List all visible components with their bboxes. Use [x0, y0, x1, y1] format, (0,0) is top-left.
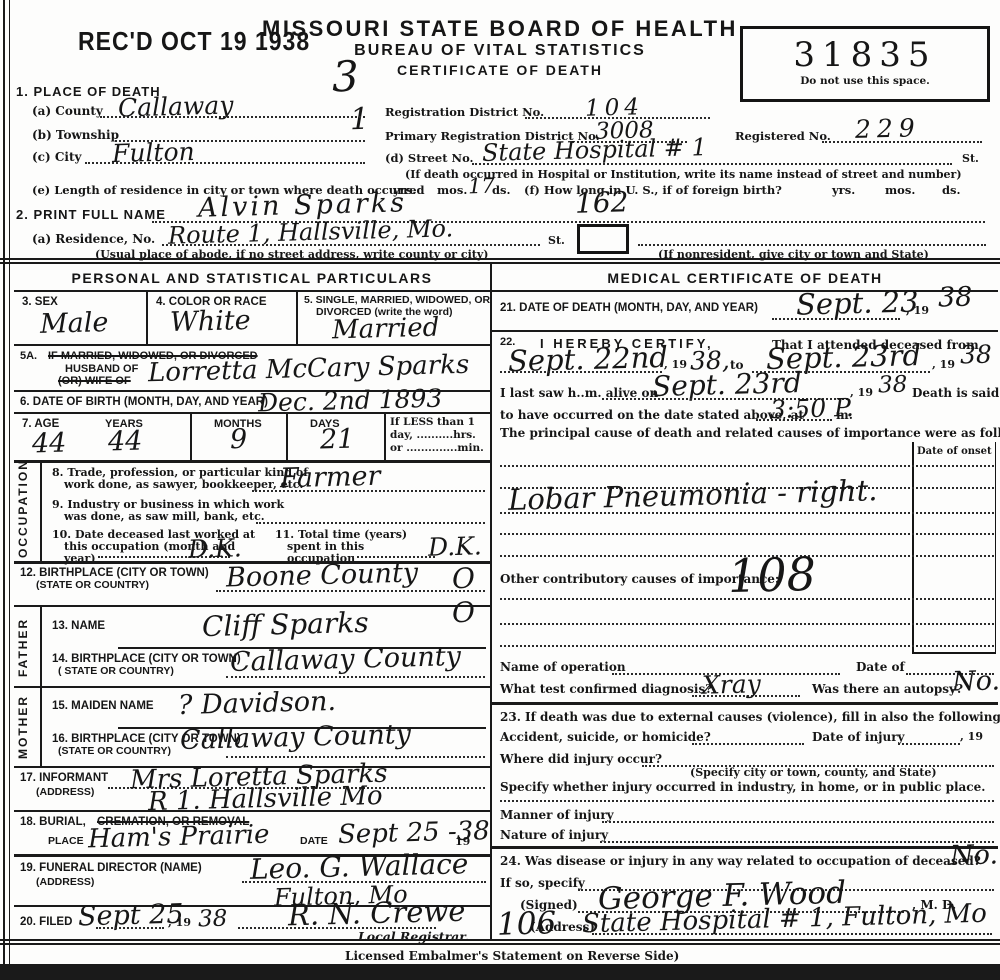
stray-mark-o2: O	[452, 596, 476, 630]
father-name-value: Cliff Sparks	[202, 606, 369, 643]
cause-dotted-1	[500, 465, 994, 467]
if-so-specify-label: If so, specify	[500, 876, 585, 890]
less-than-line3: or ..............min.	[390, 442, 484, 454]
age-value: 44	[32, 428, 67, 460]
filed-label: 20. FILED	[20, 916, 72, 928]
certificate-number: 31835	[743, 35, 987, 75]
attended-to-year: 38	[960, 340, 993, 370]
item9-label-line2: was done, as saw mill, bank, etc.	[64, 510, 265, 523]
registered-no-label: Registered No.	[735, 129, 831, 143]
date-of-death-year: 38	[938, 282, 973, 314]
operation-label: Name of operation	[500, 660, 626, 674]
injury-19-printed: , 19	[960, 730, 983, 743]
page-left-border-inner	[9, 0, 10, 980]
birthplace-label: 12. BIRTHPLACE (CITY OR TOWN)	[20, 567, 209, 579]
registration-district-label: Registration District No.	[385, 105, 544, 119]
bottom-rule-top	[0, 939, 1000, 941]
occupation-value: Farmer	[280, 461, 381, 495]
funeral-director-label: 19. FUNERAL DIRECTOR (NAME)	[20, 862, 202, 874]
contributory-dotted-2	[500, 623, 994, 625]
filed-year-value: 38	[198, 906, 228, 933]
occupation-related-label: 24. Was disease or injury in any way rel…	[500, 854, 981, 868]
full-name-label: 2. PRINT FULL NAME	[16, 207, 166, 222]
item11-value: D.K.	[428, 531, 482, 561]
informant-address-label: (ADDRESS)	[36, 786, 94, 798]
county-value: Callaway	[118, 90, 234, 122]
husband-of-label: HUSBAND OF	[65, 363, 138, 375]
burial-date-19: 19	[455, 835, 470, 848]
burial-date-label: DATE	[300, 835, 328, 847]
injury-rule	[492, 846, 998, 849]
sex-value: Male	[40, 307, 109, 340]
ds-label-1: ds.	[492, 183, 511, 197]
death-certificate-document: REC'D OCT 19 1938 MISSOURI STATE BOARD O…	[0, 0, 1000, 980]
sex-label: 3. SEX	[22, 296, 58, 308]
row7-divider-1	[190, 414, 192, 460]
wife-of-struck: (OR) WIFE OF	[58, 375, 131, 387]
row7-divider-3	[384, 414, 386, 460]
occupation-strip-divider	[40, 462, 42, 561]
row7-bottom	[14, 460, 490, 463]
residence-no-label: (a) Residence, No.	[32, 232, 155, 246]
row17-bottom	[14, 810, 490, 812]
foreign-birth-label: (f) How long in U. S., if of foreign bir…	[524, 183, 782, 197]
test-value: Xray	[702, 669, 762, 700]
mos-label-1: mos.	[437, 183, 467, 197]
specify-place-dotted	[500, 800, 994, 802]
row7-divider-2	[286, 414, 288, 460]
mark-108: 108	[727, 547, 816, 603]
test-label: What test confirmed diagnosis?	[500, 682, 712, 696]
nonresident-box	[577, 224, 629, 254]
header-rule-bottom	[0, 262, 1000, 264]
date-of-death-label: 21. DATE OF DEATH (MONTH, DAY, AND YEAR)	[500, 302, 758, 314]
informant-label: 17. INFORMANT	[20, 772, 108, 784]
father-birthplace-value: Callaway County	[230, 641, 462, 678]
nature-of-injury-label: Nature of injury	[500, 828, 608, 842]
occurred-m-suffix: m.	[836, 408, 853, 422]
cause-dotted-4	[500, 533, 994, 535]
dob-label: 6. DATE OF BIRTH (MONTH, DAY, AND YEAR)	[20, 396, 268, 408]
accident-dotted	[692, 743, 804, 745]
mark-106: 106	[497, 905, 557, 943]
full-name-mark-162: 162	[575, 185, 629, 219]
city-value: Fulton	[112, 137, 195, 168]
filed-dotted-1	[96, 927, 164, 929]
test-row-rule	[492, 702, 998, 705]
operation-date-label: Date of	[856, 660, 905, 674]
father-vertical-label: FATHER	[16, 614, 30, 680]
autopsy-label: Was there an autopsy?	[812, 682, 963, 696]
race-value: White	[170, 305, 251, 338]
row345-divider-2	[296, 291, 298, 344]
certificate-number-note: Do not use this space.	[743, 75, 987, 87]
father-birthplace-label: 14. BIRTHPLACE (CITY OR TOWN)	[52, 653, 241, 665]
filed-19-printed: , 19	[168, 916, 191, 929]
father-name-label: 13. NAME	[52, 620, 105, 632]
nonresident-dotted	[638, 244, 986, 246]
ds-label-2: ds.	[942, 183, 961, 197]
occupation-related-value: No.	[950, 839, 999, 871]
residence-st-suffix: St.	[548, 234, 565, 247]
row12-bottom	[14, 605, 490, 607]
manner-of-injury-label: Manner of injury	[500, 808, 614, 822]
item5a-number: 5A.	[20, 350, 37, 362]
county-label: (a) County	[32, 104, 103, 118]
local-registrar-signature: R. N. Crewe	[288, 894, 466, 933]
specify-place-label: Specify whether injury occurred in indus…	[500, 780, 985, 794]
handwritten-mark-1: 1	[350, 102, 370, 137]
header-rule-top	[0, 258, 1000, 260]
specify-city-note: (Specify city or town, county, and State…	[690, 766, 937, 779]
days-residence-value: 17	[468, 174, 495, 199]
years-value: 44	[108, 426, 143, 458]
local-registrar-label: Local Registrar.	[358, 929, 469, 944]
last-saw-year: 38	[878, 372, 908, 399]
marital-label-line1: 5. SINGLE, MARRIED, WIDOWED, OR	[304, 294, 490, 306]
mother-birthplace-value: Callaway County	[180, 719, 412, 756]
date-of-death-value: Sept. 23	[796, 284, 919, 321]
less-than-line1: If LESS than 1	[390, 416, 475, 428]
injury-date-label: Date of injury	[812, 730, 905, 744]
time-of-death-dotted	[756, 419, 832, 421]
township-label: (b) Township	[32, 128, 119, 142]
occupation-vertical-label: OCCUPATION	[16, 466, 30, 558]
attended-from-dotted	[500, 371, 662, 373]
birthplace-sublabel: (STATE OR COUNTRY)	[36, 579, 149, 591]
burial-place-label: PLACE	[48, 835, 84, 847]
item9-dotted	[256, 522, 485, 524]
mother-birthplace-sublabel: (STATE OR COUNTRY)	[58, 745, 171, 757]
mother-vertical-label: MOTHER	[16, 694, 30, 760]
contributory-dotted-1	[500, 598, 994, 600]
row21-bottom	[492, 330, 998, 332]
city-label: (c) City	[32, 150, 81, 164]
certificate-number-box: 31835 Do not use this space.	[740, 26, 990, 102]
street-no-label: (d) Street No.	[385, 151, 474, 165]
bottom-rule-bottom	[0, 943, 1000, 945]
left-heading-rule	[14, 290, 490, 292]
marital-value: Married	[332, 313, 440, 346]
row345-bottom	[14, 344, 490, 346]
father-strip-divider	[40, 607, 42, 686]
date-of-death-19: , 19	[906, 304, 929, 317]
row6-bottom	[14, 412, 490, 414]
attended-to-19: , 19	[932, 358, 955, 371]
mother-birthplace-dotted	[226, 756, 485, 758]
mother-maiden-name-value: ? Davidson.	[178, 686, 337, 721]
less-than-line2: day, ..........hrs.	[390, 429, 476, 441]
title-line-3: CERTIFICATE OF DEATH	[240, 62, 760, 78]
item10-value: D.K.	[188, 533, 242, 563]
column-divider	[490, 263, 492, 941]
title-line-2: BUREAU OF VITAL STATISTICS	[240, 42, 760, 60]
burial-place-value: Ham's Prairie	[88, 820, 270, 855]
title-line-1: MISSOURI STATE BOARD OF HEALTH	[240, 16, 760, 42]
principal-cause-label: The principal cause of death and related…	[500, 426, 1000, 440]
death-is-said-text: Death is said	[912, 386, 999, 400]
contributory-dotted-3	[500, 645, 994, 647]
autopsy-value: No.	[952, 665, 1000, 697]
right-heading-rule	[492, 290, 998, 292]
mother-strip-divider	[40, 688, 42, 766]
accident-label: Accident, suicide, or homicide?	[500, 730, 711, 744]
handwritten-mark-3: 3	[331, 52, 359, 102]
funeral-address-label: (ADDRESS)	[36, 876, 94, 888]
mos-label-2: mos.	[885, 183, 915, 197]
days-value: 21	[320, 424, 355, 456]
mother-maiden-name-label: 15. MAIDEN NAME	[52, 700, 154, 712]
page-left-border-outer	[3, 0, 5, 980]
manner-of-injury-dotted	[602, 821, 994, 823]
registered-no-value: 229	[855, 113, 921, 144]
stray-mark-o1: O	[452, 562, 476, 596]
date-of-onset-label: Date of onset	[917, 446, 992, 457]
embalmer-footer-note: Licensed Embalmer's Statement on Reverse…	[345, 949, 679, 963]
row345-divider-1	[146, 291, 148, 344]
street-st-suffix: St.	[962, 152, 979, 165]
left-column-heading: PERSONAL AND STATISTICAL PARTICULARS	[14, 270, 490, 286]
street-no-value: State Hospital # 1	[482, 133, 708, 167]
external-causes-label: 23. If death was due to external causes …	[500, 710, 1000, 724]
burial-label: 18. BURIAL,	[20, 816, 86, 828]
months-value: 9	[230, 424, 248, 455]
yrs-label-2: yrs.	[832, 183, 855, 197]
right-column-heading: MEDICAL CERTIFICATE OF DEATH	[492, 270, 998, 286]
father-birthplace-sublabel: ( STATE OR COUNTRY)	[58, 665, 174, 677]
bottom-black-bar	[0, 964, 1000, 980]
birthplace-value: Boone County	[226, 557, 419, 593]
nature-of-injury-dotted	[600, 841, 994, 843]
injury-date-dotted	[898, 743, 960, 745]
cause-of-death-value: Lobar Pneumonia - right.	[508, 473, 878, 517]
where-injury-label: Where did injury occur?	[500, 752, 662, 766]
